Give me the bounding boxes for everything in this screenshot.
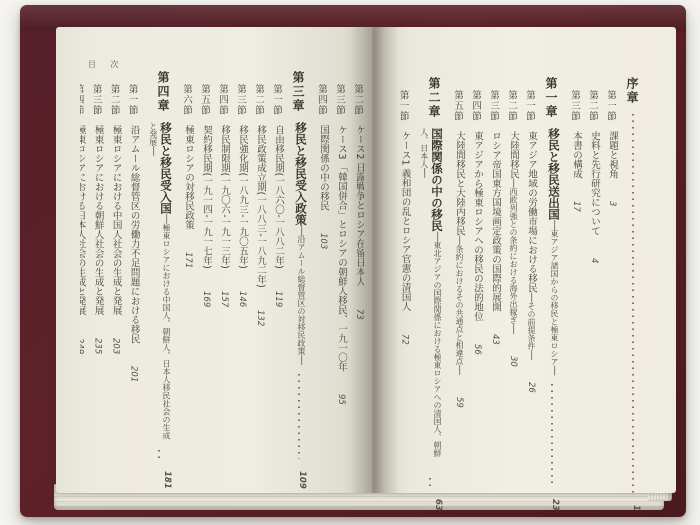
entry-title: 史料と先行研究について (585, 131, 599, 236)
entry-label: 第四章 (146, 71, 172, 113)
entry-label: 第二節 (350, 84, 364, 116)
spacer (504, 342, 518, 344)
entry-label: 第一節 (125, 84, 139, 116)
entry-page-number: 26 (522, 379, 536, 395)
entry-page-number: 169 (197, 288, 211, 309)
entry-label: 第二節 (251, 84, 265, 116)
toc-entry-chapter: 第四章移民と移民受入国──極東ロシアにおける中国人、朝鮮人、日本人移民社会の生成… (146, 71, 172, 491)
entry-title: 極東ロシアにおける中国人社会の生成と発展 (107, 125, 121, 315)
entry-page-number: 146 (233, 288, 247, 309)
spacer (89, 324, 103, 326)
entry-title: 東アジア地域の労働市場における移民──その前提条件── (522, 131, 536, 360)
entry-page-number: 23 (543, 496, 560, 513)
toc-entry-section: 第四節極東ロシアにおける日本人社会の生成と発展249 (80, 71, 85, 491)
entry-title: 自由移民期(一八六〇-一八八二年) (269, 125, 283, 269)
entry-page-number: 249 (80, 335, 85, 356)
entry-subtitle: ──東アジア諸国からの移民と極東ロシア── (550, 220, 559, 375)
toc-entry-section: 第二節極東ロシアにおける中国人社会の生成と発展203 (107, 71, 121, 491)
entry-label: 第四節 (80, 84, 85, 116)
entry-title: 極東ロシアにおける朝鮮人社会の生成と発展 (89, 125, 103, 315)
entry-label: 第三節 (486, 90, 500, 122)
toc-entry-section: 第二節ケース2 日露戦争とロシア在留日本人73 (350, 71, 364, 491)
entry-label: 第二節 (504, 90, 518, 122)
entry-title: 本書の構成 (567, 131, 581, 179)
toc-entry-section: 第一節沿アムール総督管区の労働力不足問題における移民201 (125, 71, 139, 491)
entry-title: 契約移民期(一九一四-一九一七年) (197, 125, 211, 269)
toc-entry-section: 第四節国際関係の中の移民103 (314, 71, 328, 491)
spacer (107, 324, 121, 326)
entry-title: 極東ロシアにおける日本人社会の生成と発展 (80, 125, 85, 315)
entry-label: 第三節 (233, 84, 247, 116)
entry-page-number: 17 (567, 198, 581, 214)
toc-entry-section: 第二節史料と先行研究について4 (585, 77, 599, 513)
toc-entry-chapter: 序章1 (624, 77, 641, 513)
entry-page-number: 235 (89, 335, 103, 356)
toc-entry-section: 第四節東アジアから極東ロシアへの移民の法的地位56 (468, 77, 482, 513)
entry-page-number: 3 (603, 198, 617, 208)
toc-right-page: 序章1第一節課題と視角3第二節史料と先行研究について4第三節本書の構成17第一章… (388, 77, 648, 513)
entry-title: 移民と移民送出国──東アジア諸国からの移民と極東ロシア── (543, 128, 560, 375)
entry-page-number: 72 (396, 331, 410, 347)
entry-label: 第一節 (522, 90, 536, 122)
entry-page-number: 109 (290, 468, 307, 491)
right-page: 序章1第一節課題と視角3第二節史料と先行研究について4第三節本書の構成17第一章… (374, 27, 676, 493)
spacer (450, 383, 464, 385)
entry-page-number: 95 (332, 391, 346, 407)
entry-title: 移民政策成立期(一八八三-一八九二年) (251, 125, 265, 288)
entry-label: 第三節 (567, 90, 581, 122)
book-photo: { "photo": { "background_color": "#f5f4f… (0, 0, 700, 525)
entry-title: 沿アムール総督管区の労働力不足問題における移民 (125, 125, 139, 344)
spacer (350, 295, 364, 297)
entry-title: ケース2 日露戦争とロシア在留日本人 (350, 125, 364, 286)
entry-title: 移民制限期(一九〇六-一九一三年) (215, 125, 229, 269)
entry-subtitle: ──極東ロシアにおける中国人、朝鮮人、日本人移民社会の生成と発展── (149, 122, 171, 440)
entry-title: 国際関係の中の移民──東北アジアの国際関係における極東ロシアへの清国人、朝鮮人、… (417, 128, 443, 469)
toc-entry-chapter: 第三章移民と移民受入政策──沿アムール総督管区の対移民政策──109 (290, 71, 307, 491)
spacer (396, 320, 410, 322)
spacer (522, 368, 536, 370)
spacer (603, 187, 617, 189)
entry-subtitle: ──沿アムール総督管区の対移民政策── (297, 226, 306, 365)
spacer (125, 352, 139, 354)
toc-entry-section: 第五節大陸間移民と大陸内移民──条約におけるその共通点と相違点──59 (450, 77, 464, 513)
spacer (179, 238, 193, 240)
entry-page-number: 63 (417, 496, 443, 513)
entry-label: 第一節 (603, 90, 617, 122)
toc-entry-section: 第三節ロシア帝国東方国境画定政策の国際的展開43 (486, 77, 500, 513)
entry-label: 第一章 (543, 77, 560, 119)
toc-entry-section: 第三節極東ロシアにおける朝鮮人社会の生成と発展235 (89, 71, 103, 491)
dotted-leader (551, 384, 553, 487)
entry-title: 課題と視角 (603, 131, 617, 179)
entry-label: 第六節 (179, 84, 193, 116)
entry-label: 第三章 (290, 71, 307, 113)
left-page: 目 次 第二節ケース2 日露戦争とロシア在留日本人73第三節ケース3 「韓国併合… (56, 27, 374, 493)
entry-page-number: 171 (179, 249, 193, 270)
entry-subtitle: ──その前提条件── (527, 292, 536, 359)
spacer (233, 277, 247, 279)
entry-page-number: 73 (350, 306, 364, 322)
entry-page-number: 30 (504, 353, 518, 369)
toc-entry-chapter: 第二章国際関係の中の移民──東北アジアの国際関係における極東ロシアへの清国人、朝… (417, 77, 443, 513)
entry-subtitle: ──東北アジアの国際関係における極東ロシアへの清国人、朝鮮人、日本人── (420, 128, 442, 457)
spacer (269, 277, 283, 279)
spacer (567, 187, 581, 189)
entry-title: 東アジアから極東ロシアへの移民の法的地位 (468, 131, 482, 321)
dotted-leader (158, 450, 160, 459)
spacer (585, 244, 599, 246)
dotted-leader (632, 114, 634, 493)
entry-label: 第一節 (269, 84, 283, 116)
toc-entry-section: 第一節自由移民期(一八六〇-一八八二年)119 (269, 71, 283, 491)
entry-title: 移民強化期(一八九三-一九〇五年) (233, 125, 247, 269)
spacer (197, 277, 211, 279)
running-header: 目 次 (88, 59, 125, 70)
spacer (486, 320, 500, 322)
entry-label: 第五節 (197, 84, 211, 116)
entry-page-number: 201 (125, 363, 139, 384)
entry-page-number: 1 (624, 502, 641, 513)
dotted-leader (429, 478, 431, 487)
entry-label: 第一節 (396, 90, 410, 122)
spacer (215, 277, 229, 279)
toc-entry-section: 第五節契約移民期(一九一四-一九一七年)169 (197, 71, 211, 491)
entry-label: 第四節 (468, 90, 482, 122)
spacer (80, 324, 85, 326)
entry-page-number: 157 (215, 288, 229, 309)
entry-page-number: 4 (585, 255, 599, 265)
toc-entry-chapter: 第一章移民と移民送出国──東アジア諸国からの移民と極東ロシア──23 (543, 77, 560, 513)
spacer (251, 296, 265, 298)
entry-label: 第三節 (89, 84, 103, 116)
entry-label: 第四節 (215, 84, 229, 116)
toc-entry-section: 第一節課題と視角3 (603, 77, 617, 513)
spacer (468, 330, 482, 332)
entry-page-number: 103 (314, 230, 328, 251)
toc-entry-section: 第三節ケース3 「韓国併合」とロシアの朝鮮人移民、一九一〇年95 (332, 71, 346, 491)
toc-entry-section: 第六節極東ロシアの対移民政策171 (179, 71, 193, 491)
entry-page-number: 119 (269, 288, 283, 309)
entry-title: 大陸間移民と大陸内移民──条約におけるその共通点と相違点── (450, 131, 464, 375)
toc-entry-section: 第三節移民強化期(一八九三-一九〇五年)146 (233, 71, 247, 491)
entry-page-number: 43 (486, 331, 500, 347)
spacer (314, 219, 328, 221)
toc-entry-section: 第二節大陸間移民──西欧列強との条約における海外出稼ぎ──30 (504, 77, 518, 513)
entry-page-number: 59 (450, 394, 464, 410)
dotted-leader (298, 374, 300, 459)
entry-subtitle: ──西欧列強との条約における海外出稼ぎ── (509, 178, 518, 333)
book-cover: 目 次 第二節ケース2 日露戦争とロシア在留日本人73第三節ケース3 「韓国併合… (20, 5, 686, 517)
entry-label: 第四節 (314, 84, 328, 116)
entry-label: 第五節 (450, 90, 464, 122)
entry-page-number: 181 (146, 468, 172, 491)
entry-label: 序章 (624, 77, 641, 105)
entry-subtitle: ──条約におけるその共通点と相違点── (455, 235, 464, 374)
entry-page-number: 203 (107, 335, 121, 356)
toc-entry-section: 第二節移民政策成立期(一八八三-一八九二年)132 (251, 71, 265, 491)
entry-title: ケース3 「韓国併合」とロシアの朝鮮人移民、一九一〇年 (332, 125, 346, 372)
entry-title: ケース1 義和団の乱とロシア官憲の清国人 (396, 131, 410, 311)
entry-title: 極東ロシアの対移民政策 (179, 125, 193, 230)
entry-page-number: 56 (468, 341, 482, 357)
entry-title: 移民と移民受入国──極東ロシアにおける中国人、朝鮮人、日本人移民社会の生成と発展… (146, 122, 172, 441)
entry-page-number: 132 (251, 307, 265, 328)
entry-title: ロシア帝国東方国境画定政策の国際的展開 (486, 131, 500, 312)
entry-title: 国際関係の中の移民 (314, 125, 328, 211)
entry-label: 第三節 (332, 84, 346, 116)
entry-label: 第二節 (585, 90, 599, 122)
entry-title: 大陸間移民──西欧列強との条約における海外出稼ぎ── (504, 131, 518, 334)
entry-title: 移民と移民受入政策──沿アムール総督管区の対移民政策── (290, 122, 307, 365)
toc-left-page: 第二節ケース2 日露戦争とロシア在留日本人73第三節ケース3 「韓国併合」とロシ… (80, 71, 364, 491)
entry-label: 第二章 (417, 77, 443, 119)
toc-entry-section: 第一節東アジア地域の労働市場における移民──その前提条件──26 (522, 77, 536, 513)
entry-label: 第二節 (107, 84, 121, 116)
toc-entry-section: 第四節移民制限期(一九〇六-一九一三年)157 (215, 71, 229, 491)
toc-entry-section: 第一節ケース1 義和団の乱とロシア官憲の清国人72 (396, 77, 410, 513)
toc-entry-section: 第三節本書の構成17 (567, 77, 581, 513)
spacer (332, 380, 346, 382)
